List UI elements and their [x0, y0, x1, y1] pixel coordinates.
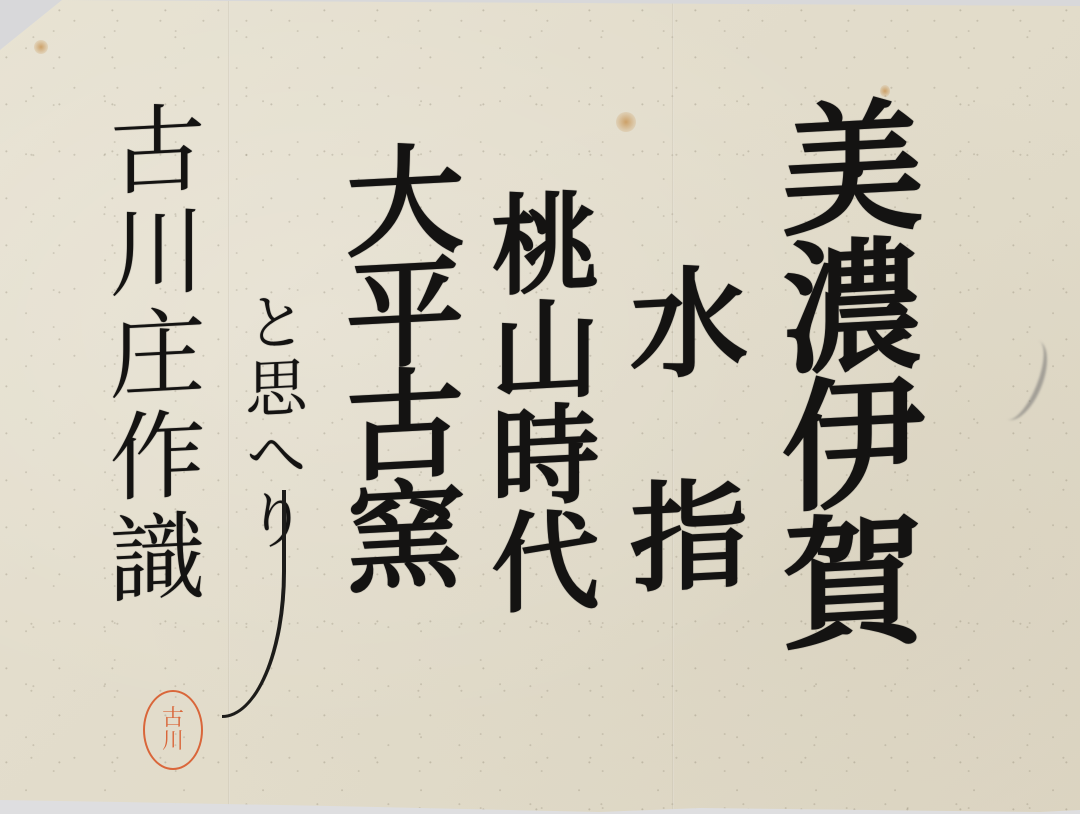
stain-top-center [616, 112, 636, 132]
stain-top-left [34, 40, 48, 54]
paper-sheet: 美濃伊賀 水指 桃山時代 大平古窯 と思へり 古川庄作識 古 川 [0, 0, 1080, 814]
calligraphy-column-4: 大平古窯 [336, 137, 454, 591]
calligraphy-column-3: 桃山時代 [482, 185, 590, 615]
ink-smudge-right [976, 328, 1057, 427]
brush-tail-stroke [222, 490, 286, 718]
red-seal-stamp: 古 川 [143, 690, 203, 770]
calligraphy-column-1: 美濃伊賀 [770, 91, 912, 650]
photo-stage: 美濃伊賀 水指 桃山時代 大平古窯 と思へり 古川庄作識 古 川 [0, 0, 1080, 814]
seal-char-bottom: 川 [162, 730, 184, 753]
signature-column: 古川庄作識 [102, 97, 198, 612]
calligraphy-column-2: 水指 [620, 259, 738, 691]
seal-char-top: 古 [162, 707, 184, 730]
